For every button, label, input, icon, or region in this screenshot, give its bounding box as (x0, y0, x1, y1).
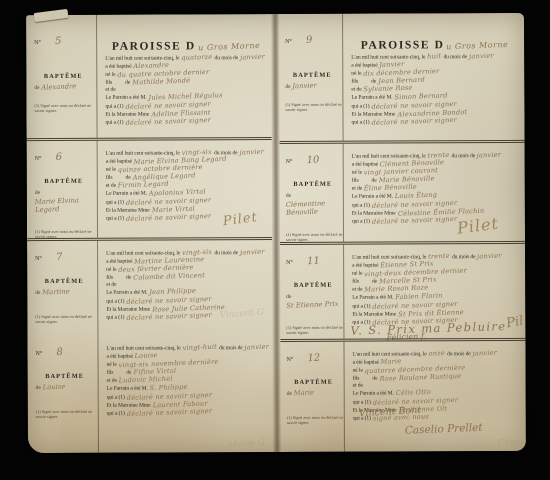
printed-month-label: du mois de (452, 254, 476, 260)
bapteme-label: BAPTÊME (34, 73, 92, 80)
bapteme-label: BAPTÊME (35, 278, 93, 285)
printed-baptized-label: a été baptisé (107, 354, 133, 360)
baptism-record: N°8 BAPTÊME de Louise (1) Signé avec nou… (27, 335, 273, 453)
hand-day: quatorze (181, 54, 212, 62)
hand-margin-name: Alexandre (41, 83, 76, 92)
right-page: N°9 BAPTÊME de Janvier (1) Signé avec no… (279, 13, 526, 452)
printed-of-label: de (372, 178, 377, 184)
printed-born-label: né le (106, 267, 116, 273)
hand-godmother-signed: déclaré ne savoir signer (125, 117, 211, 127)
number-label: N° (287, 357, 294, 363)
hand-month: janvier (240, 249, 265, 257)
of-label: de (35, 290, 40, 296)
record-margin: N°10 BAPTÊME de Clémentine Bénoville (1)… (280, 144, 344, 242)
footnote: (1) Signé avec nous ou déclaré ne savoir… (285, 101, 343, 111)
printed-baptized-label: a été baptisé (352, 162, 378, 168)
printed-signed-label: qui a (1) (352, 218, 370, 224)
printed-godmother-label: Et la Marraine Mme (106, 207, 150, 213)
bapteme-label: BAPTÊME (36, 373, 94, 380)
footnote: (1) Signé avec nous ou déclaré ne savoir… (36, 408, 94, 418)
printed-andof-label: et de (106, 183, 116, 189)
hand-margin-name: Marie (293, 389, 314, 397)
bapteme-label: BAPTÊME (286, 282, 340, 289)
act-line: L'an mil huit cent soixante-cinq, leonze… (353, 350, 520, 359)
record-number: 6 (55, 152, 62, 163)
of-label: de (287, 391, 292, 397)
bapteme-label: BAPTÊME (286, 181, 340, 188)
priest-signature: Caselio Prellet (405, 422, 483, 437)
record-margin: N°5 BAPTÊME de Alexandre (1) Signé avec … (26, 15, 98, 138)
of-label: de (34, 85, 39, 91)
parish-header: PAROISSE Du Gros Morne (105, 36, 266, 55)
number-label: N° (286, 159, 293, 165)
printed-signed-label: qui a (1) (352, 303, 370, 309)
hand-margin-name: Martine (42, 288, 70, 297)
record-number-line: N°6 (35, 147, 93, 165)
hand-margin-name: Clémentine Bénoville (286, 199, 341, 216)
footnote: (1) Signé avec nous ou déclaré ne savoir… (35, 313, 93, 323)
hand-day: vingt-huit (183, 344, 218, 352)
printed-child-label: fils (352, 279, 359, 285)
record-margin: N°11 BAPTÊME de St Etienne Prix (1) Sign… (280, 245, 344, 339)
printed-godmother-label: Et la Marraine Mme (352, 210, 396, 216)
printed-of-label: de (372, 376, 377, 382)
printed-of-label: de (126, 275, 131, 281)
priest-signature: Pilet (223, 210, 260, 229)
note-signature: Pil (505, 314, 524, 332)
act-line: qui a (1)déclaré ne savoir signer (352, 118, 519, 127)
hand-month: janvier (239, 149, 264, 157)
baptism-record: N°5 BAPTÊME de Alexandre (1) Signé avec … (26, 14, 272, 138)
record-number: 9 (306, 35, 313, 46)
baptism-record: N°9 BAPTÊME de Janvier (1) Signé avec no… (279, 13, 525, 141)
of-label: de (36, 385, 41, 391)
printed-andof-label: et de (352, 287, 362, 293)
printed-signed-label: qui a (1) (105, 103, 123, 109)
record-number-line: N°10 (286, 150, 340, 168)
hand-godmother-signed: déclaré ne savoir signer (372, 216, 458, 226)
printed-baptized-label: a été baptisé (105, 64, 131, 70)
printed-godfather-label: Le Parrain a été M. (105, 95, 146, 101)
hand-godmother-signed: déclaré ne savoir signer (126, 312, 212, 322)
hand-margin-name: St Etienne Prix (286, 300, 338, 310)
footnote: (1) Signé avec nous ou déclaré ne savoir… (34, 102, 92, 112)
hand-mother-name: Rose Roulane Rustique (379, 373, 461, 383)
printed-child-label: fils (107, 370, 114, 376)
footnote: (1) Signé avec nous ou déclaré ne savoir… (286, 231, 344, 241)
printed-godfather-label: Le Parrain a été M. (353, 391, 394, 397)
record-number: 12 (307, 352, 320, 364)
printed-child-label: fils (105, 80, 112, 86)
parish-header-handwritten: u Gros Morne (198, 41, 260, 52)
record-body: L'an mil huit cent soixante-cinq, leving… (98, 240, 273, 336)
printed-child-label: fils (351, 79, 358, 85)
printed-month-label: du mois de (443, 54, 467, 60)
of-label: de (286, 193, 291, 199)
printed-andof-label: et de (105, 87, 115, 93)
margin-name: de Clémentine Bénoville (286, 192, 340, 216)
hand-baptized-name: Marie (381, 358, 402, 366)
of-label: de (285, 84, 290, 90)
printed-of-label: de (126, 370, 131, 376)
parish-header-printed: PAROISSE D (361, 39, 445, 51)
record-margin: N°8 BAPTÊME de Louise (1) Signé avec nou… (27, 336, 99, 453)
act-line: qui a (1)déclaré ne savoir signer (106, 313, 266, 322)
printed-signed-label: qui a (1) (107, 394, 125, 400)
record-body: L'an mil huit cent soixante-cinq, letren… (344, 143, 525, 242)
printed-baptized-label: a été baptisé (106, 159, 132, 165)
record-number: 8 (56, 347, 63, 358)
printed-year-line: L'an mil huit cent soixante-cinq, le (106, 150, 180, 156)
act-line: qui a (1)déclaré ne savoir signer (105, 118, 266, 127)
margin-name: de Martine (35, 289, 93, 298)
record-margin: N°7 BAPTÊME de Martine (1) Signé avec no… (27, 241, 98, 336)
hand-day: huit (427, 53, 441, 61)
record-body: L'an mil huit cent soixante-cinq, leving… (98, 335, 277, 453)
printed-godfather-label: Le Parrain a été M. (352, 194, 393, 200)
parish-header-printed: PAROISSE D (112, 40, 196, 52)
record-number-line: N°7 (35, 247, 93, 265)
printed-month-label: du mois de (214, 250, 238, 256)
baptism-record: N°12 BAPTÊME de Marie (1) Signé avec nou… (280, 338, 525, 452)
printed-signed-label: qui a (1) (352, 119, 370, 125)
printed-signed-label: qui a (1) (106, 314, 124, 320)
printed-baptized-label: a été baptisé (106, 259, 132, 265)
printed-andof-label: et de (353, 383, 363, 389)
printed-godmother-label: Et la Marraine Mme (351, 111, 395, 117)
printed-godmother-label: Et la Marraine Mme (106, 306, 150, 312)
hand-month: janvier (477, 152, 502, 160)
printed-baptized-label: a été baptisé (352, 263, 378, 269)
printed-signed-label: qui a (1) (106, 215, 124, 221)
baptism-record: N°11 BAPTÊME de St Etienne Prix (1) Sign… (280, 241, 525, 339)
printed-born-label: né le (106, 167, 116, 173)
record-number-line: N°9 (285, 30, 339, 48)
printed-andof-label: et de (106, 282, 116, 288)
record-body: L'an mil huit cent soixante-cinq, leving… (98, 140, 273, 238)
hand-godmother-signed: déclaré ne savoir signer (371, 117, 457, 127)
act-line: L'an mil huit cent soixante-cinq, lequat… (105, 54, 266, 63)
margin-name: de St Etienne Prix (286, 293, 340, 309)
printed-month-label: du mois de (452, 153, 476, 159)
hand-mother-name: Colombe dit Vincent (133, 272, 205, 282)
priest-signature: Pilet (456, 214, 500, 238)
hand-month: janvier (240, 54, 265, 62)
act-line: L'an mil huit cent soixante-cinq, letren… (352, 253, 519, 262)
printed-signed-label: qui a (1) (106, 119, 124, 125)
hand-month: janvier (469, 53, 494, 61)
printed-child-label: fils (106, 175, 113, 181)
printed-signed-label: qui a (1) (106, 298, 124, 304)
record-body: L'an mil huit cent soixante-cinq, leonze… (344, 341, 525, 452)
record-body: PAROISSE Du Gros MorneL'an mil huit cent… (343, 13, 525, 141)
printed-born-label: né le (107, 362, 117, 368)
printed-andof-label: et de (107, 378, 117, 384)
printed-of-label: de (372, 279, 377, 285)
hand-month: janvier (477, 253, 502, 261)
printed-godfather-label: Le Parrain a été M. (352, 295, 393, 301)
footnote: (1) Signé avec nous ou déclaré ne savoir… (287, 414, 345, 424)
printed-born-label: né le (105, 72, 115, 78)
number-label: N° (285, 39, 292, 45)
printed-born-label: né le (352, 170, 362, 176)
number-label: N° (34, 40, 41, 46)
footnote: (1) Signé avec nous ou déclaré ne savoir… (286, 325, 344, 335)
printed-month-label: du mois de (447, 351, 471, 357)
act-line: L'an mil huit cent soixante-cinq, leving… (106, 344, 271, 353)
printed-child-label: fils (106, 275, 113, 281)
record-body: PAROISSE Du Gros MorneL'an mil huit cent… (97, 14, 273, 138)
number-label: N° (286, 260, 293, 266)
margin-name: de Louise (36, 384, 94, 393)
printed-baptized-label: a été baptisé (353, 360, 379, 366)
hand-godmother-signed: déclaré ne savoir signer (127, 408, 213, 418)
printed-born-label: né le (351, 71, 361, 77)
number-label: N° (36, 351, 43, 357)
printed-child-label: fils (352, 178, 359, 184)
printed-godmother-label: Et la Marraine Mme (107, 402, 151, 408)
record-number: 11 (307, 255, 320, 267)
act-line: qui a (1)déclaré ne savoir signer (107, 409, 272, 418)
hand-margin-name: Marie Elvina Legard (35, 196, 94, 213)
printed-of-label: de (125, 80, 130, 86)
record-number-line: N°12 (287, 348, 341, 366)
printed-andof-label: et de (351, 87, 361, 93)
bapteme-label: BAPTÊME (35, 178, 93, 185)
printed-signed-label: qui a (1) (106, 199, 124, 205)
margin-name: de Janvier (285, 83, 339, 92)
hand-godmother-signed: déclaré ne savoir signer (126, 213, 212, 223)
margin-name: de Alexandre (34, 84, 92, 93)
baptism-record: N°6 BAPTÊME de Marie Elvina Legard (1) S… (27, 137, 272, 238)
printed-born-label: né le (352, 271, 362, 277)
record-number-line: N°5 (34, 31, 92, 49)
margin-name: de Marie (287, 390, 341, 399)
number-label: N° (35, 256, 42, 262)
baptism-record: N°10 BAPTÊME de Clémentine Bénoville (1)… (280, 140, 525, 242)
record-body: L'an mil huit cent soixante-cinq, letren… (344, 244, 525, 339)
printed-godfather-label: Le Parrain a été M. (106, 191, 147, 197)
printed-month-label: du mois de (219, 345, 243, 351)
parish-header-handwritten: u Gros Morne (446, 40, 508, 51)
record-margin: N°9 BAPTÊME de Janvier (1) Signé avec no… (279, 14, 344, 141)
scanned-baptism-register: N°5 BAPTÊME de Alexandre (1) Signé avec … (26, 13, 526, 453)
printed-child-label: fils (353, 376, 360, 382)
act-line: L'an mil huit cent soixante-cinq, lehuit… (351, 53, 518, 62)
of-label: de (286, 294, 291, 300)
record-number: 7 (56, 252, 63, 263)
double-page-spread: N°5 BAPTÊME de Alexandre (1) Signé avec … (26, 13, 526, 453)
left-page: N°5 BAPTÊME de Alexandre (1) Signé avec … (26, 14, 273, 453)
baptism-record: N°7 BAPTÊME de Martine (1) Signé avec no… (27, 237, 272, 336)
record-margin: N°6 BAPTÊME de Marie Elvina Legard (1) S… (27, 141, 98, 238)
record-number-line: N°11 (286, 251, 340, 269)
printed-godmother-label: Et la Marraine Mme (105, 111, 149, 117)
printed-godmother-label: Et la Marraine Mme (352, 311, 396, 317)
printed-born-label: né le (353, 368, 363, 374)
number-label: N° (35, 156, 42, 162)
record-number: 5 (55, 36, 62, 47)
printed-baptized-label: a été baptisé (351, 63, 377, 69)
printed-signed-label: qui a (1) (107, 410, 125, 416)
hand-month: janvier (473, 350, 498, 358)
hand-margin-name: Janvier (292, 82, 317, 90)
printed-godfather-label: Le Parrain a été M. (106, 290, 147, 296)
printed-signed-label: qui a (1) (353, 399, 371, 405)
record-margin: N°12 BAPTÊME de Marie (1) Signé avec nou… (280, 342, 344, 452)
printed-andof-label: et de (352, 186, 362, 192)
printed-godfather-label: Le Parrain a été M. (351, 95, 392, 101)
bapteme-label: BAPTÊME (285, 72, 339, 79)
margin-name: de Marie Elvina Legard (35, 189, 93, 213)
printed-month-label: du mois de (215, 55, 239, 61)
hand-mother-name: Mathilde Mondé (132, 78, 190, 87)
record-number-line: N°8 (35, 342, 93, 360)
record-number: 10 (306, 154, 319, 166)
printed-godfather-label: Le Parrain a été M. (107, 386, 148, 392)
bapteme-label: BAPTÊME (287, 379, 341, 386)
printed-signed-label: qui a (1) (351, 103, 369, 109)
hand-month: janvier (245, 344, 270, 352)
of-label: de (35, 190, 40, 196)
printed-signed-label: qui a (1) (352, 202, 370, 208)
hand-day: onze (429, 350, 446, 358)
hand-margin-name: Louise (42, 384, 65, 392)
